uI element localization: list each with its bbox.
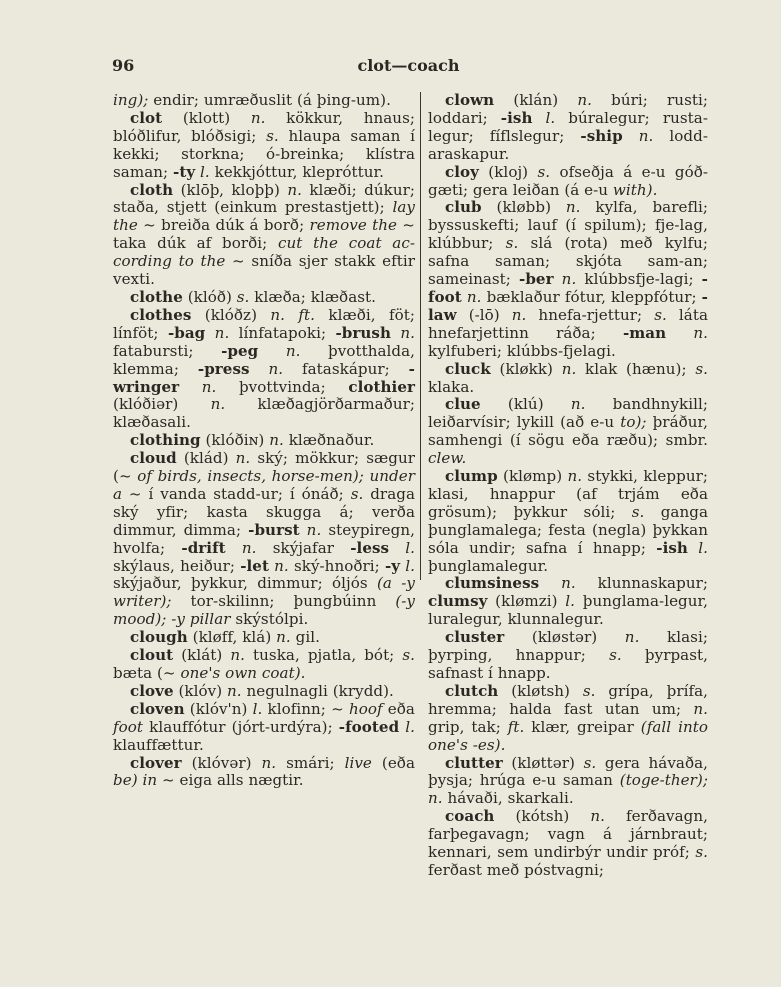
definition-text: (kløttər) [503,754,584,772]
italic-text: s. [695,360,708,378]
headword: coach [445,807,494,825]
italic-text: s. [537,163,550,181]
italic-text: s. [402,646,415,664]
italic-text: n. [230,646,245,664]
italic-text: n. [226,539,257,557]
headword: clove [130,682,174,700]
dictionary-entry: cloy (kloj) s. ofseðja á e-u góð-gæti; g… [428,164,708,200]
headword: clothier [348,378,415,396]
definition-text: ~ í vanda stadd-ur; í ónáð; [122,485,351,503]
definition-text: gil. [291,628,320,646]
definition-text: þvottvinda; [216,378,348,396]
italic-text: l. [688,539,708,557]
headword: cluck [445,360,491,378]
headword: clothing [130,431,201,449]
right-column: clown (klán) n. búri; rusti; loddari; -i… [428,92,708,880]
italic-text: l. [253,700,263,718]
definition-text: klúbbsfje-lagi; [576,270,701,288]
headword: clot [130,109,162,127]
italic-text: n. [262,754,277,772]
italic-text: n. [179,378,216,396]
definition-text: klak (hænu); [576,360,695,378]
dictionary-entry: clot (klott) n. kökkur, hnaus; blóðlifur… [113,110,415,182]
headword: clover [130,754,182,772]
definition-text: ský-hnoðri; [289,557,385,575]
headword: -man [623,324,666,342]
left-column: ing); endir; umræðuslit (á þing-um).clot… [113,92,415,790]
italic-text: n. [462,288,482,306]
headword: clout [130,646,173,664]
italic-text: l. [195,163,210,181]
italic-text: n. [567,467,582,485]
definition-text: fataskápur; [283,360,409,378]
italic-text: live [345,754,372,772]
running-head: 96 clot—coach [112,56,705,80]
italic-text: n. [666,324,708,342]
headword: clown [445,91,494,109]
headword: cluster [445,628,504,646]
definition-text: (kótsh) [494,807,590,825]
definition-text: hnefa-rjettur; [526,306,654,324]
definition-text: klæðnaður. [284,431,374,449]
italic-text: l. [400,557,415,575]
definition-text: (klømzi) [487,592,565,610]
definition-text: bæklaður fótur, kleppfótur; [482,288,702,306]
italic-text: s. [506,234,519,252]
headword: clumsiness [445,574,539,592]
headword: clothe [130,288,183,306]
italic-text: n. [566,198,581,216]
italic-text: s. [266,127,279,145]
italic-text: n. [250,360,284,378]
italic-text: n. [269,431,284,449]
definition-text: (klán) [494,91,577,109]
definition-text: klunnaskapur; [576,574,708,592]
definition-text: klæða; klæðast. [249,288,376,306]
dictionary-entry: cluster (kløstər) n. klasi; þyrping, hna… [428,629,708,683]
italic-text: s. [654,306,667,324]
italic-text: n. [391,324,415,342]
italic-text: n. [205,324,229,342]
dictionary-entry: clove (klóv) n. negulnagli (krydd). [113,683,415,701]
dictionary-entry: cloven (klóv'n) l. klofinn; ~ hoof eða f… [113,701,415,755]
italic-text: l. [532,109,555,127]
definition-text: ferðast með póstvagni; [428,861,604,879]
definition-text: (kløkk) [491,360,562,378]
headword: -drift [181,539,225,557]
definition-text: klauffótur (jórt-urdýra); [143,718,339,736]
italic-text: n. [227,682,242,700]
headword: -brush [335,324,391,342]
italic-text: to); [620,413,646,431]
headword: -burst [248,521,300,539]
headword: cloy [445,163,479,181]
dictionary-entry: clout (klát) n. tuska, pjatla, bót; s. b… [113,647,415,683]
definition-text: fatabursti; [113,342,221,360]
definition-text: negulnagli (krydd). [242,682,394,700]
definition-text: klauffættur. [113,736,204,754]
headword: -ber [519,270,554,288]
definition-text: (klóðiɴ) [201,431,270,449]
italic-text: n. [625,628,640,646]
italic-text: n. [562,360,577,378]
definition-text: tor-skilinn; þungbúinn [172,592,396,610]
dictionary-entry: clothing (klóðiɴ) n. klæðnaður. [113,432,415,450]
headword: -ty [173,163,195,181]
italic-text: s. [632,503,645,521]
italic-text: ing); [113,91,153,109]
dictionary-entry: cloud (klád) n. ský; mökkur; sægur (~ of… [113,450,415,629]
italic-text: n. [539,574,576,592]
definition-text: klofinn; ~ [262,700,349,718]
definition-text: ~ eiga alls nægtir. [157,771,303,789]
headword: clutter [445,754,503,772]
italic-text: n. [269,557,289,575]
dictionary-entry: club (kløbb) n. kylfa, barefli; byssuske… [428,199,708,360]
italic-text: be) in [113,771,157,789]
definition-text: eða [383,700,415,718]
italic-text: clew. [428,449,466,467]
italic-text: n. [554,270,577,288]
dictionary-entry: clumsiness n. klunnaskapur; clumsy (kløm… [428,575,708,629]
italic-text: n. ft. [270,306,315,324]
definition-text: klær, greipar [524,718,640,736]
definition-text: (kløstər) [504,628,625,646]
definition-text: (klóvər) [182,754,262,772]
dictionary-entry: coach (kótsh) n. ferðavagn, farþegavagn;… [428,808,708,880]
definition-text: (klóðz) [191,306,270,324]
definition-text: (klōþ, kloþþ) [173,181,287,199]
guide-words: clot—coach [112,56,705,75]
definition-text: (klømp) [498,467,568,485]
italic-text: n. [251,109,266,127]
headword: cloud [130,449,177,467]
definition-text: (kløtsh) [498,682,582,700]
dictionary-entry: clump (klømp) n. stykki, kleppur; klasi,… [428,468,708,575]
headword: cloth [130,181,173,199]
italic-text: ft. [508,718,525,736]
headword: -less [350,539,389,557]
italic-text: n. [258,342,300,360]
column-divider [420,92,421,580]
italic-text: l. [389,539,415,557]
italic-text: s. [237,288,250,306]
italic-text: n. [512,306,527,324]
dictionary-entry: clover (klóvər) n. smári; live (eða be) … [113,755,415,791]
headword: clumsy [428,592,487,610]
headword: club [445,198,482,216]
definition-text: (kloj) [479,163,537,181]
definition-text: (klú) [481,395,571,413]
dictionary-entry: cluck (kløkk) n. klak (hænu); s. klaka. [428,361,708,397]
definition-text: (kløbb) [482,198,566,216]
italic-text: hoof [349,700,383,718]
italic-text: s. [609,646,622,664]
italic-text: with). [613,181,658,199]
headword: -ship [580,127,622,145]
italic-text: n. [577,91,592,109]
italic-text: n. [623,127,654,145]
definition-text: endir; umræðuslit (á þing-um). [153,91,391,109]
definition-text: (eða [372,754,415,772]
headword: clump [445,467,498,485]
headword: -press [198,360,250,378]
italic-text: remove the [310,216,397,234]
headword: -let [240,557,269,575]
definition-text: línfatapoki; [229,324,335,342]
definition-text: kekkjóttur, klepróttur. [210,163,384,181]
definition-text: hávaði, skarkali. [443,789,574,807]
headword: clue [445,395,481,413]
headword: -ish [501,109,533,127]
dictionary-entry: clough (kløff, klá) n. gil. [113,629,415,647]
headword: cloven [130,700,185,718]
definition-text: tuska, pjatla, bót; [245,646,402,664]
dictionary-entry: clue (klú) n. bandhnykill; leiðarvísir; … [428,396,708,468]
italic-text: s. [584,754,597,772]
definition-text: skýlaus, heiður; [113,557,240,575]
italic-text: n. [300,521,322,539]
headword: -peg [221,342,258,360]
definition-text: (klóv) [174,682,227,700]
dictionary-entry: ing); endir; umræðuslit (á þing-um). [113,92,415,110]
definition-text: klaka. [428,378,474,396]
italic-text: n. [590,807,605,825]
definition-text: ~ breiða dúk á borð; [138,216,310,234]
dictionary-entry: clown (klán) n. búri; rusti; loddari; -i… [428,92,708,164]
italic-text: one's own coat). [180,664,305,682]
dictionary-entry: clothe (klóð) s. klæða; klæðast. [113,289,415,307]
headword: -ish [656,539,688,557]
italic-text: n. [287,181,302,199]
dictionary-entry: cloth (klōþ, kloþþ) n. klæði; dúkur; sta… [113,182,415,289]
italic-text: s. [583,682,596,700]
italic-text: n. [211,395,226,413]
definition-text: skýjafar [257,539,351,557]
definition-text: (klott) [162,109,251,127]
definition-text: smári; [276,754,344,772]
italic-text: n. [571,395,586,413]
definition-text: (klát) [173,646,230,664]
definition-text: grip, tak; [428,718,508,736]
dictionary-entry: clutch (kløtsh) s. grípa, þrífa, hremma;… [428,683,708,755]
italic-text: foot [113,718,143,736]
definition-text: (-lō) [457,306,512,324]
definition-text: skýjaður, þykkur, dimmur; óljós [113,574,377,592]
headword: clothes [130,306,191,324]
definition-text: þunglamalegur. [428,557,548,575]
italic-text: l. [565,592,575,610]
italic-text: n. [276,628,291,646]
definition-text: (kløff, klá) [188,628,276,646]
italic-text: n. [236,449,251,467]
italic-text: (toge-ther); [620,771,708,789]
definition-text: (klád) [177,449,236,467]
headword: -bag [168,324,205,342]
headword: clutch [445,682,498,700]
italic-text: s. [695,843,708,861]
dictionary-page: 96 clot—coach ing); endir; umræðuslit (á… [0,0,781,987]
definition-text: (klóv'n) [185,700,253,718]
headword: clough [130,628,188,646]
definition-text: (klóðiər) [113,395,211,413]
definition-text: bæta (~ [113,664,180,682]
italic-text: s. [351,485,364,503]
definition-text: (klóð) [183,288,237,306]
italic-text: n. [428,789,443,807]
definition-text: kylfuberi; klúbbs-fjelagi. [428,342,616,360]
headword: -footed [339,718,399,736]
italic-text: n. [693,700,708,718]
dictionary-entry: clutter (kløttər) s. gera hávaða, þysja;… [428,755,708,809]
dictionary-entry: clothes (klóðz) n. ft. klæði, föt; línfö… [113,307,415,432]
definition-text: skýstólpi. [231,610,309,628]
headword: -y [385,557,400,575]
italic-text: l. [399,718,415,736]
